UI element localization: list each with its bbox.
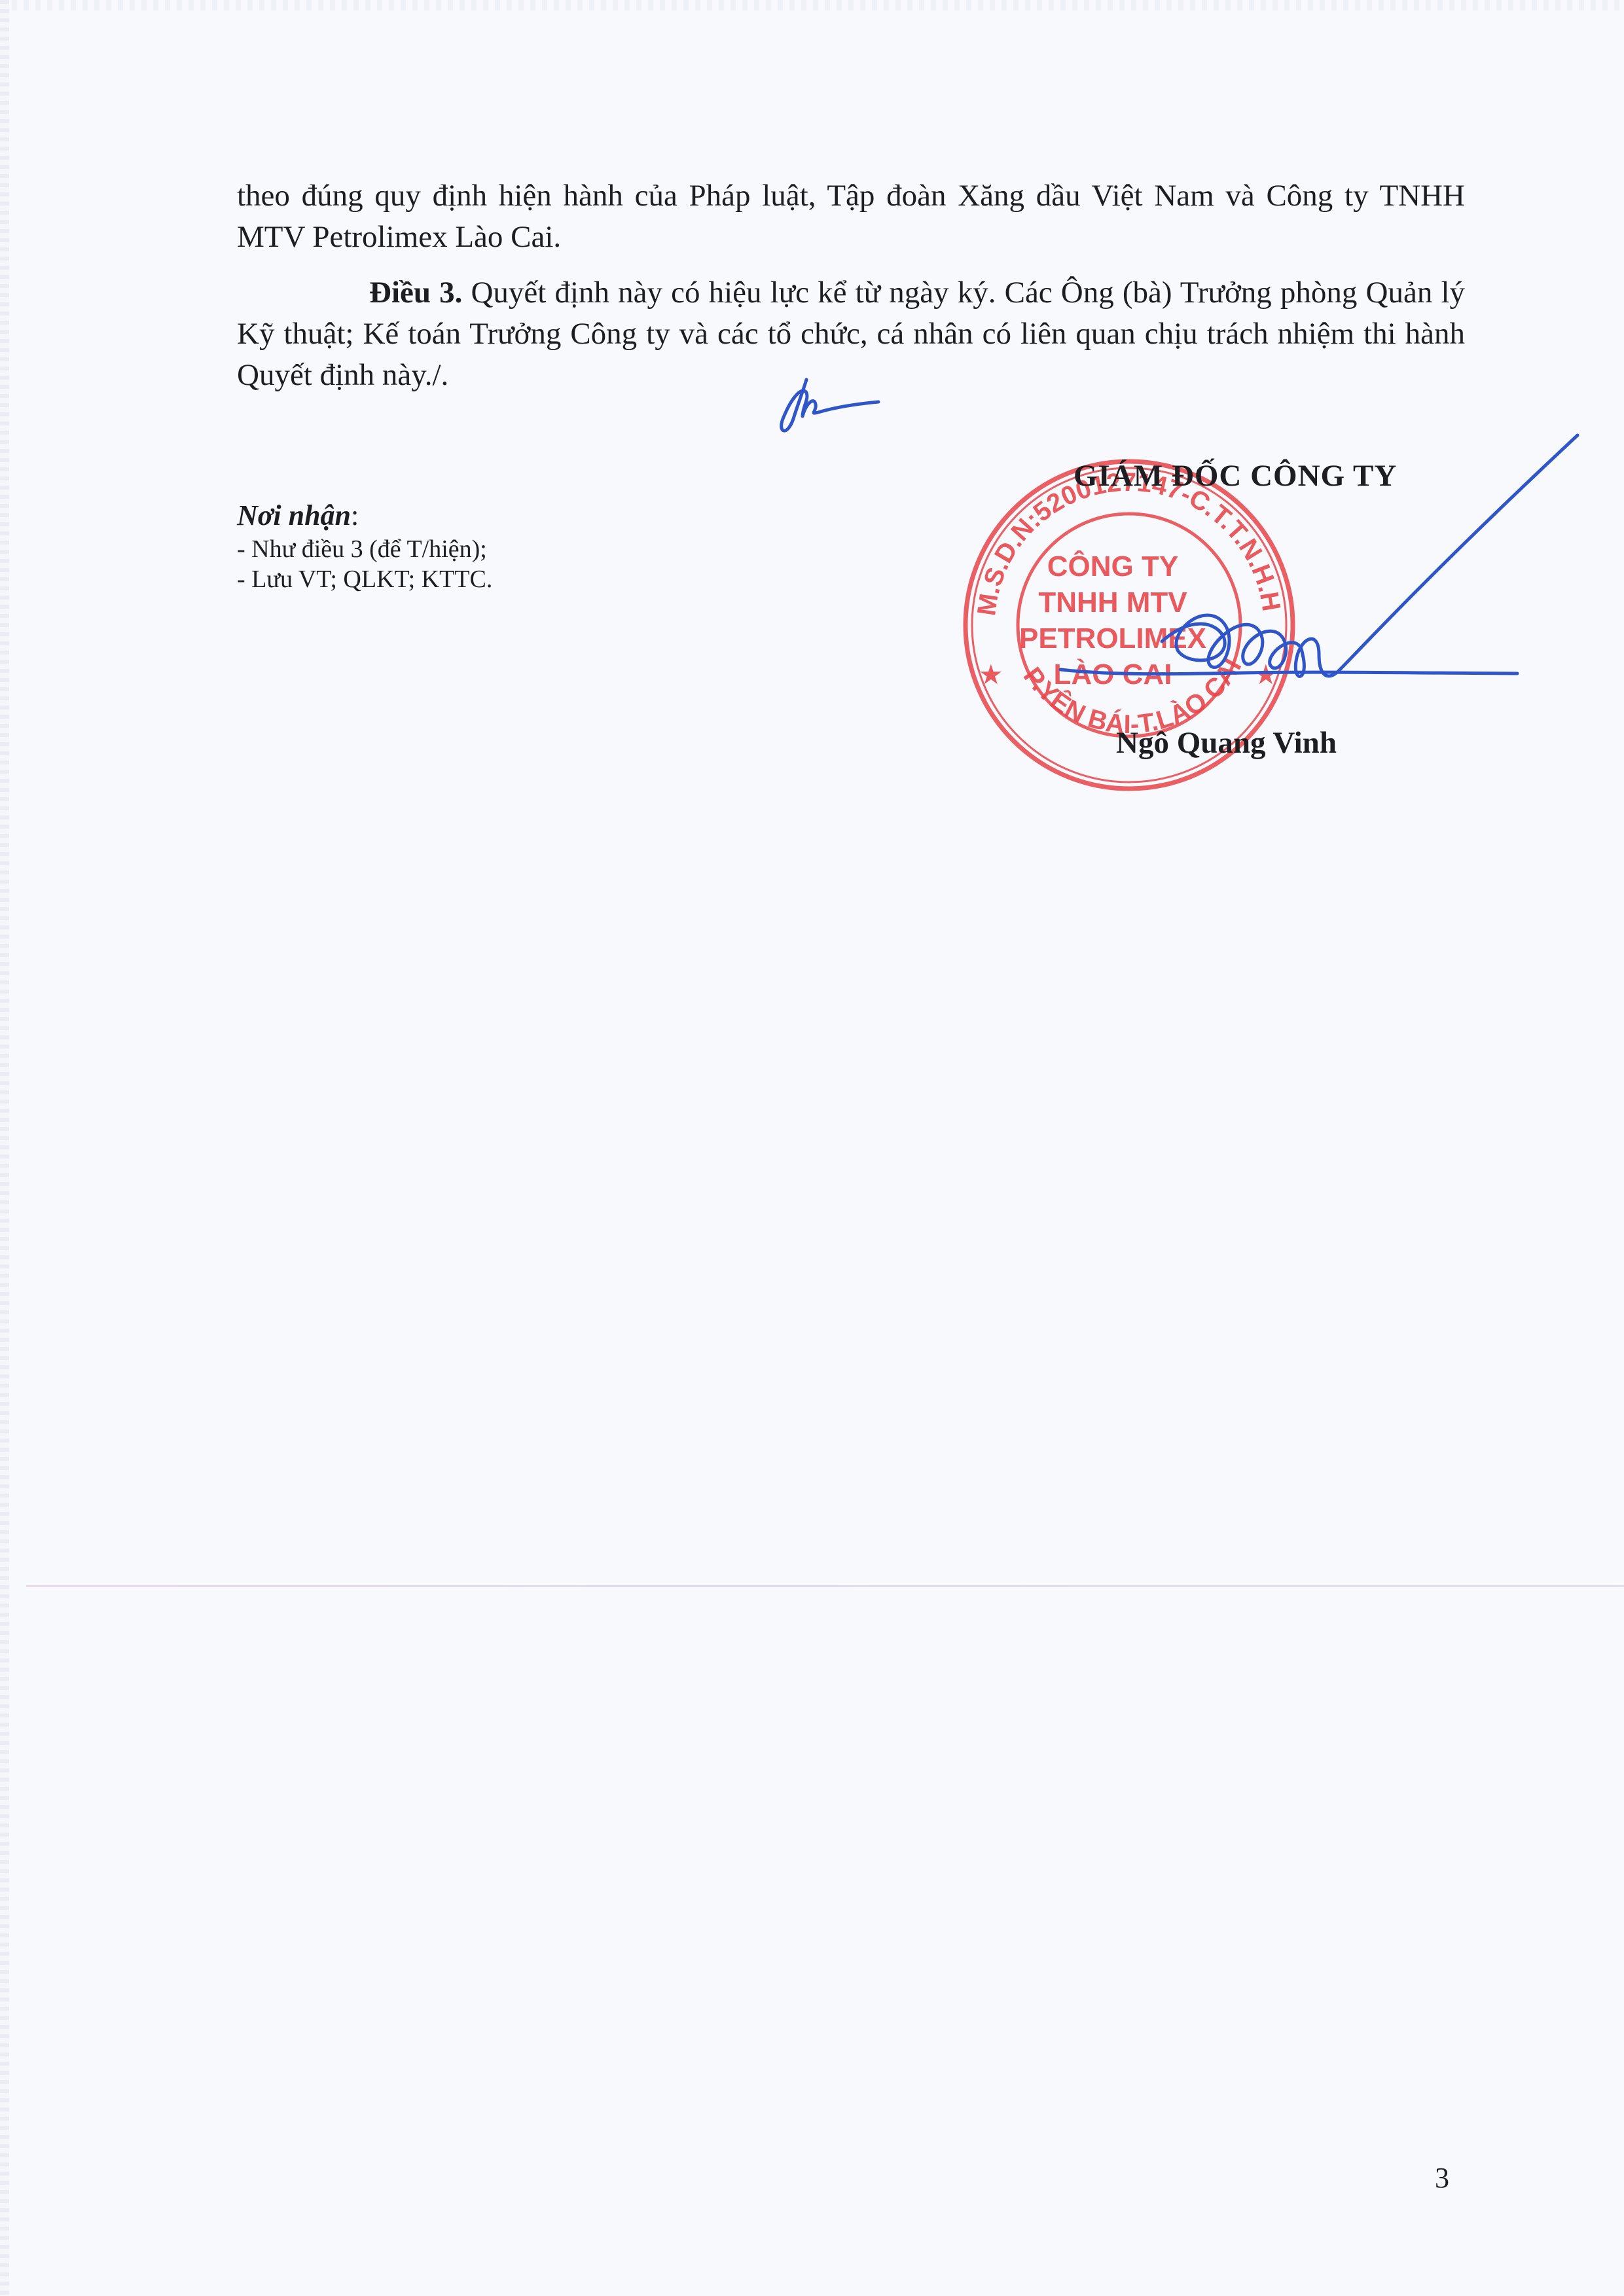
recipients-label-colon: : [351, 499, 359, 531]
article-3: Điều 3. Quyết định này có hiệu lực kể từ… [237, 272, 1465, 396]
recipient-item: - Như điều 3 (để T/hiện); [237, 534, 492, 564]
seal-line: TNHH MTV [1038, 586, 1187, 619]
seal-star-right-icon: ★ [1254, 659, 1278, 690]
recipient-item: - Lưu VT; QLKT; KTTC. [237, 564, 492, 594]
signature-underline-icon [1060, 670, 1517, 674]
seal-line: CÔNG TY [1047, 549, 1178, 583]
page-number: 3 [1435, 2161, 1449, 2195]
signer-name: Ngô Quang Vinh [1116, 725, 1337, 761]
recipients-block: Nơi nhận: - Như điều 3 (để T/hiện); - Lư… [237, 497, 492, 594]
recipients-label: Nơi nhận: [237, 497, 492, 534]
page-fold-line [26, 1585, 1624, 1587]
scan-edge-top [0, 0, 1624, 10]
article-3-heading: Điều 3. [369, 276, 462, 310]
scan-edge-left [0, 0, 9, 2296]
paragraph-continuation: theo đúng quy định hiện hành của Pháp lu… [237, 175, 1465, 258]
signature-title: GIÁM ĐỐC CÔNG TY [1074, 458, 1397, 493]
seal-line: LÀO CAI [1054, 658, 1172, 691]
seal-line: PETROLIMEX [1019, 622, 1206, 655]
recipients-label-text: Nơi nhận [237, 499, 351, 531]
seal-star-left-icon: ★ [979, 659, 1003, 690]
